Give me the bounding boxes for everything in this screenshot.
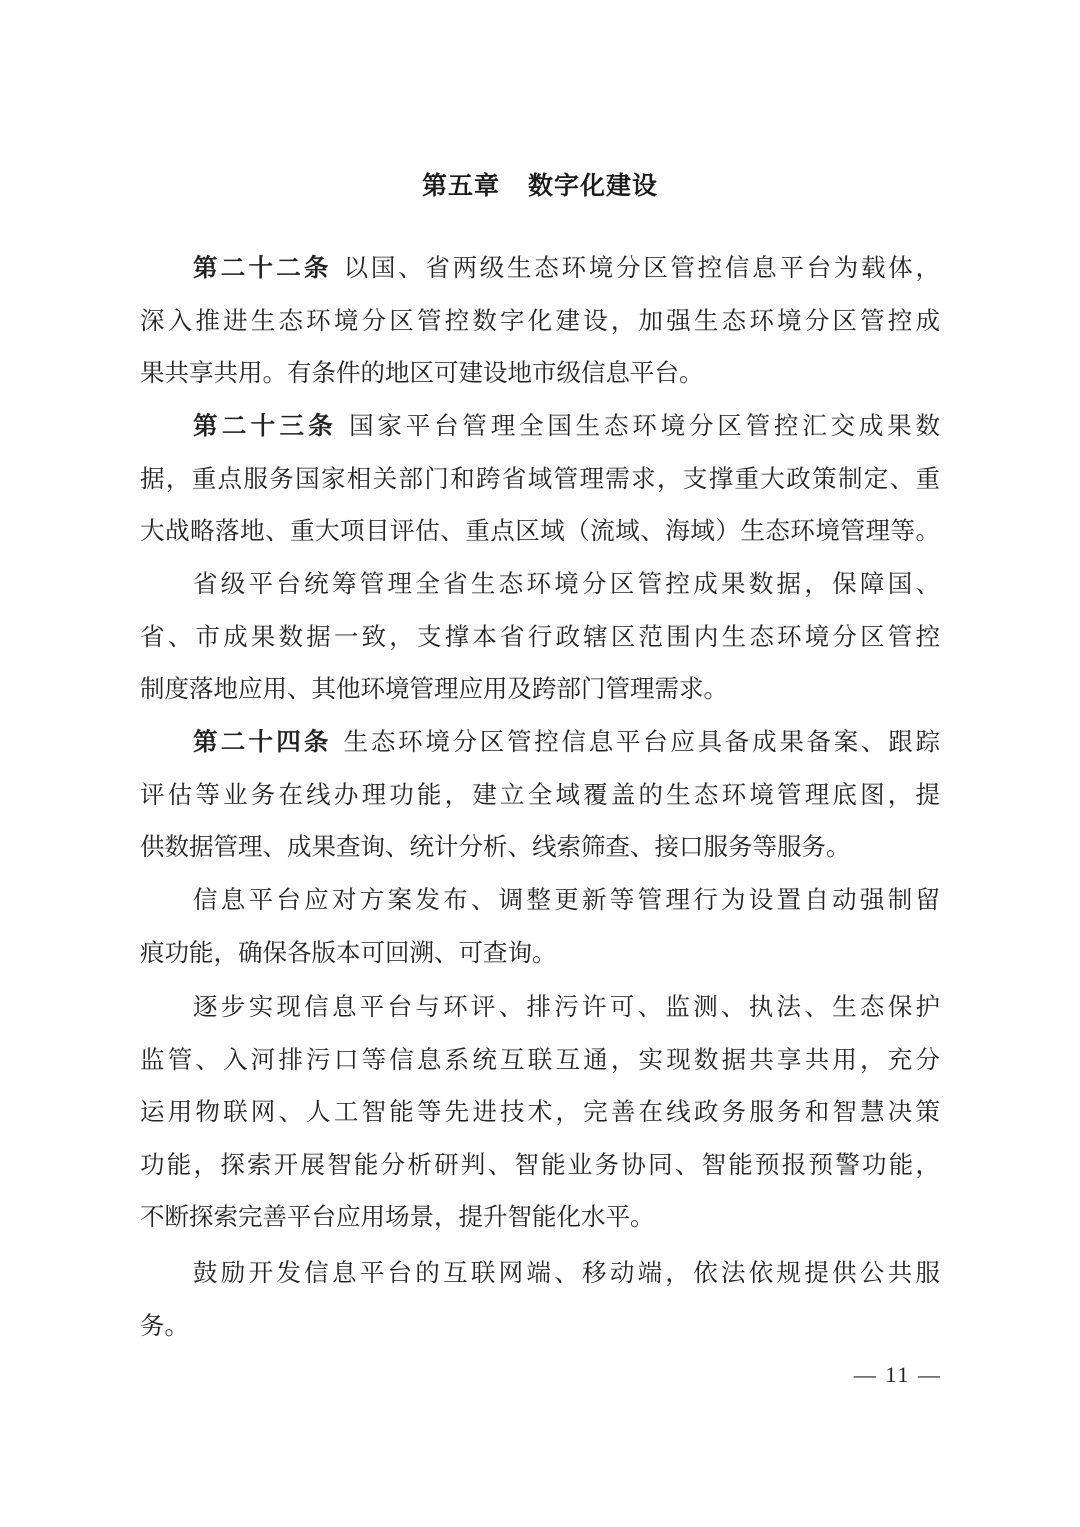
article-label: 第二十四条 bbox=[193, 727, 332, 756]
text-line: 省级平台统筹管理全省生态环境分区管控成果数据，保障国、 bbox=[140, 558, 940, 611]
text-line: 大战略落地、重大项目评估、重点区域（流域、海域）生态环境管理等。 bbox=[140, 505, 940, 558]
chapter-title: 第五章数字化建设 bbox=[0, 166, 1080, 206]
text-line: 据，重点服务国家相关部门和跨省域管理需求，支撑重大政策制定、重 bbox=[140, 453, 940, 506]
paragraph-public-service: 鼓励开发信息平台的互联网端、移动端，依法依规提供公共服 务。 bbox=[140, 1247, 940, 1352]
article-label: 第二十二条 bbox=[193, 253, 332, 282]
text-line: 深入推进生态环境分区管控数字化建设，加强生态环境分区管控成 bbox=[140, 295, 940, 348]
article-24: 第二十四条生态环境分区管控信息平台应具备成果备案、跟踪 评估等业务在线办理功能，… bbox=[140, 716, 940, 874]
article-text: 以国、省两级生态环境分区管控信息平台为载体， bbox=[344, 253, 940, 282]
text-line: 供数据管理、成果查询、统计分析、线索筛查、接口服务等服务。 bbox=[140, 821, 940, 874]
article-23: 第二十三条国家平台管理全国生态环境分区管控汇交成果数 据，重点服务国家相关部门和… bbox=[140, 400, 940, 558]
chapter-number: 第五章 bbox=[422, 171, 500, 200]
text-line: 务。 bbox=[140, 1300, 940, 1353]
paragraph-trace-function: 信息平台应对方案发布、调整更新等管理行为设置自动强制留 痕功能，确保各版本可回溯… bbox=[140, 874, 940, 979]
article-text: 生态环境分区管控信息平台应具备成果备案、跟踪 bbox=[344, 727, 940, 756]
text-line: 痕功能，确保各版本可回溯、可查询。 bbox=[140, 927, 940, 980]
text-line: 鼓励开发信息平台的互联网端、移动端，依法依规提供公共服 bbox=[140, 1247, 940, 1300]
text-line: 逐步实现信息平台与环评、排污许可、监测、执法、生态保护 bbox=[140, 981, 940, 1034]
text-line: 不断探索完善平台应用场景，提升智能化水平。 bbox=[140, 1191, 940, 1244]
text-line: 监管、入河排污口等信息系统互联互通，实现数据共享共用，充分 bbox=[140, 1034, 940, 1087]
chapter-name: 数字化建设 bbox=[528, 171, 658, 200]
article-label: 第二十三条 bbox=[193, 411, 337, 440]
document-page: 第五章数字化建设 第二十二条以国、省两级生态环境分区管控信息平台为载体， 深入推… bbox=[0, 0, 1080, 1527]
text-line: 省、市成果数据一致，支撑本省行政辖区范围内生态环境分区管控 bbox=[140, 611, 940, 664]
text-line: 评估等业务在线办理功能，建立全域覆盖的生态环境管理底图，提 bbox=[140, 769, 940, 822]
article-22: 第二十二条以国、省两级生态环境分区管控信息平台为载体， 深入推进生态环境分区管控… bbox=[140, 242, 940, 400]
text-line: 信息平台应对方案发布、调整更新等管理行为设置自动强制留 bbox=[140, 874, 940, 927]
paragraph-interconnection: 逐步实现信息平台与环评、排污许可、监测、执法、生态保护 监管、入河排污口等信息系… bbox=[140, 981, 940, 1244]
text-line: 果共享共用。有条件的地区可建设地市级信息平台。 bbox=[140, 347, 940, 400]
text-line: 制度落地应用、其他环境管理应用及跨部门管理需求。 bbox=[140, 663, 940, 716]
page-number: — 11 — bbox=[854, 1360, 942, 1390]
text-line: 功能，探索开展智能分析研判、智能业务协同、智能预报预警功能， bbox=[140, 1139, 940, 1192]
paragraph-provincial-platform: 省级平台统筹管理全省生态环境分区管控成果数据，保障国、 省、市成果数据一致，支撑… bbox=[140, 558, 940, 716]
text-line: 运用物联网、人工智能等先进技术，完善在线政务服务和智慧决策 bbox=[140, 1086, 940, 1139]
article-text: 国家平台管理全国生态环境分区管控汇交成果数 bbox=[349, 411, 940, 440]
